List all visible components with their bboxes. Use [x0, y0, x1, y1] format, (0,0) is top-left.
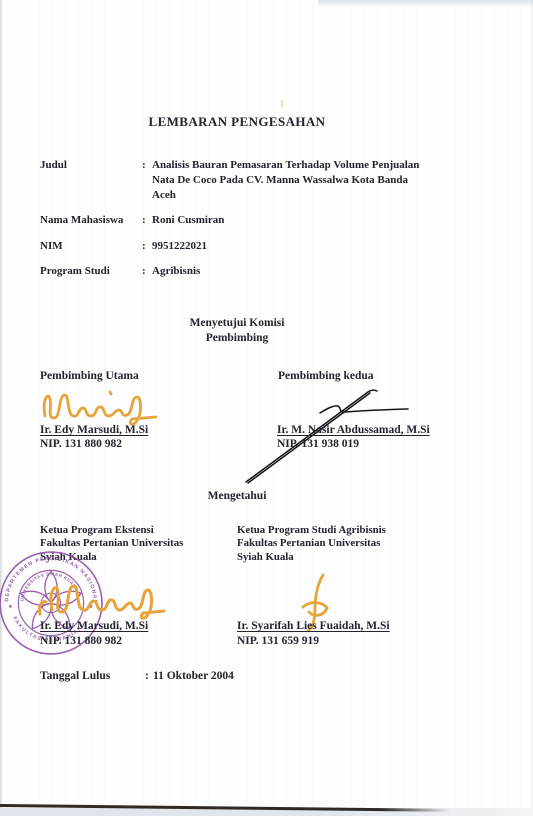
- supervisor1-name: Ir. Edy Marsudi, M.Si: [40, 423, 148, 438]
- field-label-program-studi: Program Studi: [40, 264, 110, 279]
- scan-artifact: [281, 100, 283, 107]
- field-colon: :: [142, 264, 146, 279]
- judul-line-1: Analisis Bauran Pemasaran Terhadap Volum…: [152, 158, 452, 173]
- field-colon: :: [142, 213, 146, 228]
- supervisor1-role: Pembimbing Utama: [40, 369, 139, 384]
- official2-name: Ir. Syarifah Lies Fuaidah, M.Si: [237, 619, 390, 634]
- field-colon: :: [142, 239, 146, 254]
- official2-role-line2: Fakultas Pertanian Universitas: [237, 537, 386, 550]
- acknowledgement-heading: Mengetahui: [0, 489, 474, 504]
- supervisor2-name-text: Ir. M. Nasir Abdussamad, M.Si: [277, 424, 430, 436]
- supervisor1-name-text: Ir. Edy Marsudi, M.Si: [40, 424, 148, 436]
- official1-role-line2: Fakultas Pertanian Universitas: [40, 537, 183, 550]
- official1-name: Ir. Edy Marsudi, M.Si: [40, 619, 148, 634]
- official1-role-line1: Ketua Program Ekstensi: [40, 524, 183, 537]
- field-value-nama: Roni Cusmiran: [152, 213, 224, 228]
- supervisor2-name: Ir. M. Nasir Abdussamad, M.Si: [277, 423, 430, 438]
- field-label-nim: NIM: [40, 239, 63, 254]
- committee-heading-line1: Menyetujui Komisi: [0, 316, 474, 331]
- signature-ketua-program-ekstensi: [34, 578, 168, 624]
- field-label-judul: Judul: [40, 158, 67, 173]
- official2-role: Ketua Program Studi Agribisnis Fakultas …: [237, 524, 386, 564]
- supervisor2-nip: NIP. 131 938 019: [277, 437, 359, 452]
- committee-heading: Menyetujui Komisi Pembimbing: [0, 316, 474, 346]
- judul-line-2: Nata De Coco Pada CV. Manna Wassalwa Kot…: [152, 173, 452, 188]
- field-colon: :: [142, 158, 146, 173]
- graduation-label: Tanggal Lulus: [40, 669, 110, 684]
- judul-line-3: Aceh: [152, 188, 452, 203]
- official2-name-text: Ir. Syarifah Lies Fuaidah, M.Si: [237, 620, 390, 632]
- field-value-judul: Analisis Bauran Pemasaran Terhadap Volum…: [152, 158, 452, 202]
- official1-name-text: Ir. Edy Marsudi, M.Si: [40, 620, 148, 632]
- field-value-program-studi: Agribisnis: [152, 264, 200, 279]
- committee-heading-line2: Pembimbing: [0, 331, 474, 346]
- field-value-nim: 9951222021: [152, 239, 207, 254]
- field-colon: :: [145, 669, 149, 684]
- official2-role-line3: Syiah Kuala: [237, 551, 386, 564]
- scan-band-top: [318, 0, 533, 7]
- document-page: LEMBARAN PENGESAHAN Judul : Analisis Bau…: [0, 0, 533, 816]
- stamp-star-left: ★: [8, 604, 13, 610]
- official2-role-line1: Ketua Program Studi Agribisnis: [237, 524, 386, 537]
- graduation-value: 11 Oktober 2004: [153, 669, 234, 684]
- official1-nip: NIP. 131 880 982: [40, 634, 122, 649]
- supervisor1-nip: NIP. 131 880 982: [40, 437, 122, 452]
- page-title: LEMBARAN PENGESAHAN: [0, 114, 474, 130]
- supervisor2-role: Pembimbing kedua: [278, 369, 374, 384]
- official2-nip: NIP. 131 659 919: [237, 634, 319, 649]
- field-label-nama: Nama Mahasiswa: [40, 213, 123, 228]
